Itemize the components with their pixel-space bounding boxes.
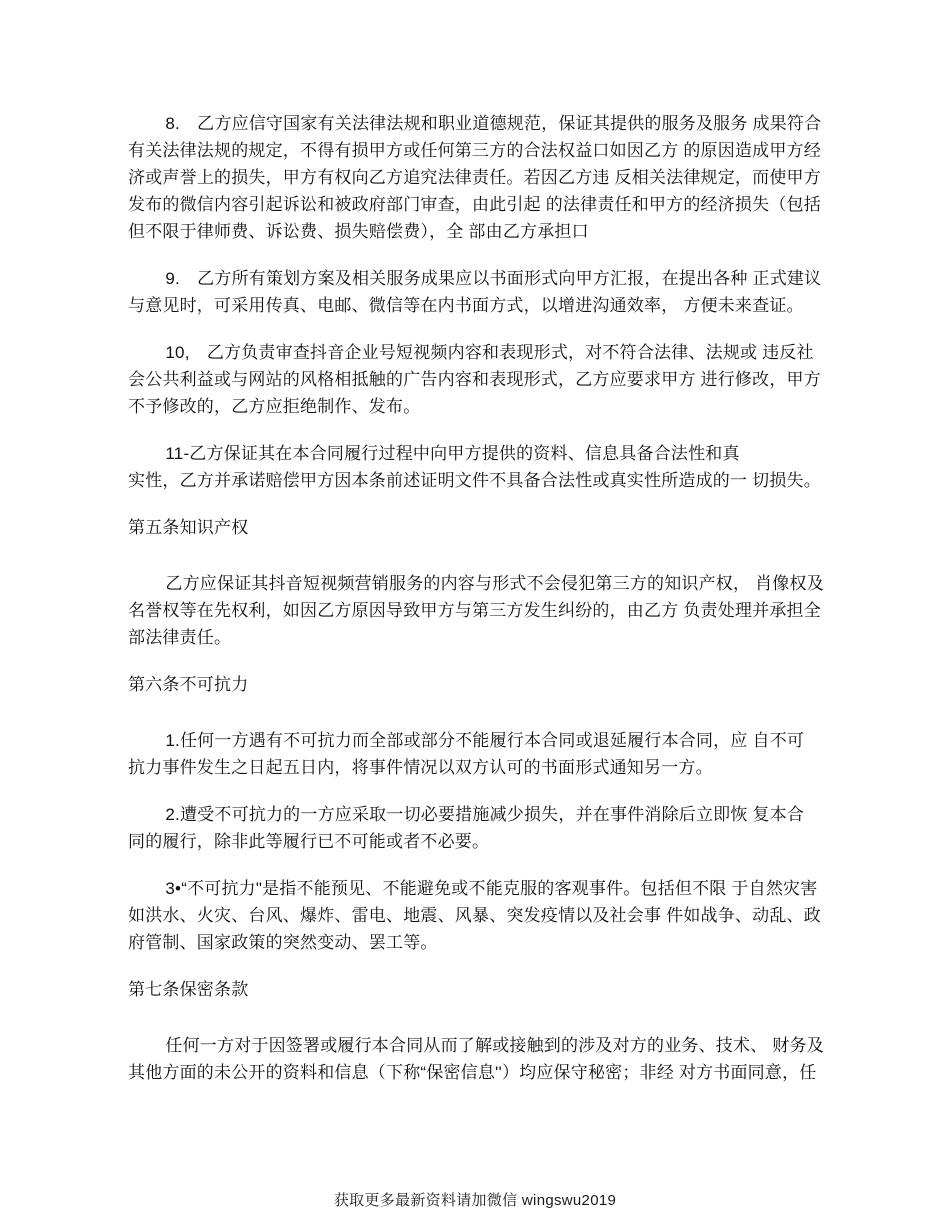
clause-8-paragraph: 8. 乙方应信守国家有关法律法规和职业道德规范，保证其提供的服务及服务 成果符合… bbox=[128, 110, 848, 245]
footer-watermark-note: 获取更多最新资料请加微信 wingswu2019 bbox=[0, 1190, 950, 1212]
clause-9-paragraph: 9. 乙方所有策划方案及相关服务成果应以书面形式向甲方汇报，在提出各种 正式建议… bbox=[128, 265, 848, 319]
force-majeure-paragraph-1: 1.任何一方遇有不可抗力而全部或部分不能履行本合同或退延履行本合同，应 自不可 … bbox=[128, 727, 848, 781]
article-5-paragraph: 乙方应保证其抖音短视频营销服务的内容与形式不会侵犯第三方的知识产权， 肖像权及 … bbox=[128, 570, 848, 651]
article-7-heading: 第七条保密条款 bbox=[128, 976, 848, 1003]
contract-body: 8. 乙方应信守国家有关法律法规和职业道德规范，保证其提供的服务及服务 成果符合… bbox=[128, 110, 848, 1106]
article-5-heading: 第五条知识产权 bbox=[128, 514, 848, 541]
force-majeure-paragraph-2: 2.遭受不可抗力的一方应采取一切必要措施减少损失，并在事件消除后立即恢 复本合 … bbox=[128, 801, 848, 855]
force-majeure-paragraph-3: 3•“不可抗力"是指不能预见、不能避免或不能克服的客观事件。包括但不限 于自然灾… bbox=[128, 875, 848, 956]
document-page: 8. 乙方应信守国家有关法律法规和职业道德规范，保证其提供的服务及服务 成果符合… bbox=[0, 0, 950, 1227]
article-6-heading: 第六条不可抗力 bbox=[128, 671, 848, 698]
confidentiality-paragraph: 任何一方对于因签署或履行本合同从而了解或接触到的涉及对方的业务、技术、 财务及 … bbox=[128, 1032, 848, 1086]
clause-10-paragraph: 10, 乙方负责审查抖音企业号短视频内容和表现形式，对不符合法律、法规或 违反社… bbox=[128, 339, 848, 420]
clause-11-paragraph: 11-乙方保证其在本合同履行过程中向甲方提供的资料、信息具备合法性和真 实性，乙… bbox=[128, 440, 848, 494]
